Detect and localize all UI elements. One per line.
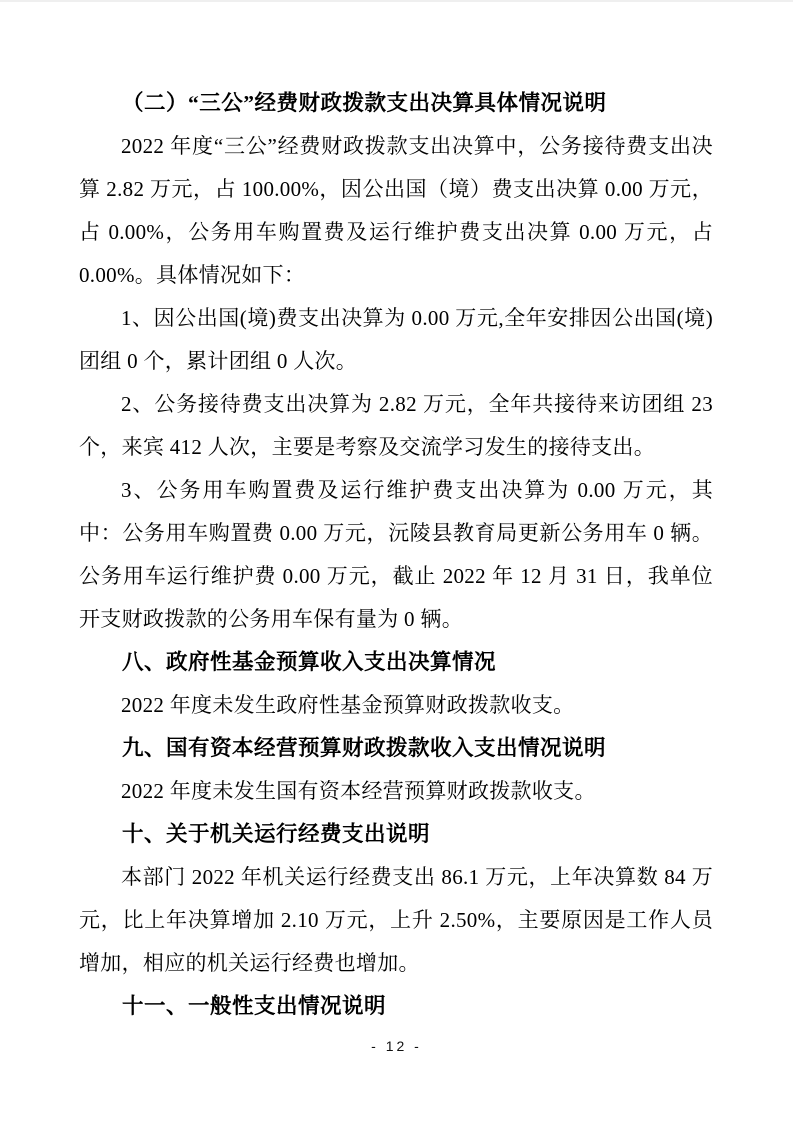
paragraph-item-2-reception: 2、公务接待费支出决算为 2.82 万元，全年共接待来访团组 23 个，来宾 4… [79,383,713,469]
section-heading-10-operating-expense: 十、关于机关运行经费支出说明 [79,813,713,856]
paragraph-item-1-abroad: 1、因公出国(境)费支出决算为 0.00 万元,全年安排因公出国(境)团组 0 … [79,297,713,383]
page-number: - 12 - [0,1038,793,1054]
paragraph-item-3-vehicles: 3、公务用车购置费及运行维护费支出决算为 0.00 万元，其中：公务用车购置费 … [79,469,713,641]
section-heading-11-general-expense: 十一、一般性支出情况说明 [79,985,713,1028]
paragraph-8-gov-funds: 2022 年度未发生政府性基金预算财政拨款收支。 [79,684,713,727]
document-content: （二）“三公”经费财政拨款支出决算具体情况说明 2022 年度“三公”经费财政拨… [79,82,713,1028]
paragraph-three-public-summary: 2022 年度“三公”经费财政拨款支出决算中，公务接待费支出决算 2.82 万元… [79,125,713,297]
paragraph-9-state-capital: 2022 年度未发生国有资本经营预算财政拨款收支。 [79,770,713,813]
document-page: （二）“三公”经费财政拨款支出决算具体情况说明 2022 年度“三公”经费财政拨… [0,0,793,1122]
paragraph-10-operating-expense: 本部门 2022 年机关运行经费支出 86.1 万元，上年决算数 84 万元，比… [79,856,713,985]
section-heading-9-state-capital: 九、国有资本经营预算财政拨款收入支出情况说明 [79,727,713,770]
section-heading-three-public-detail: （二）“三公”经费财政拨款支出决算具体情况说明 [79,82,713,125]
section-heading-8-gov-funds: 八、政府性基金预算收入支出决算情况 [79,641,713,684]
